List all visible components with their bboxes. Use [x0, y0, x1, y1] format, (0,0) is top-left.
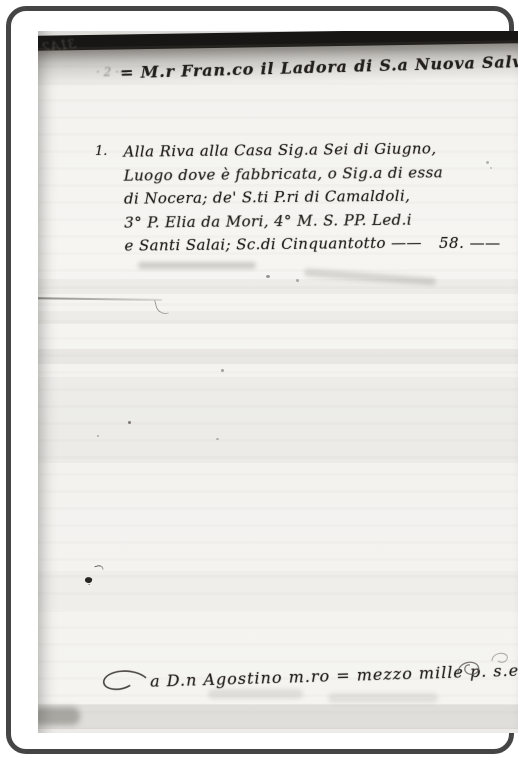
screenshot-root: { "page": { "frame_color": "#454545", "p… — [0, 0, 520, 760]
amount-number: 58 — [439, 234, 459, 252]
signature-ghost-mark — [328, 693, 438, 703]
amount-trailer: . —— — [459, 234, 501, 252]
amount-value: 58. —— — [439, 234, 501, 252]
scan-band — [38, 279, 518, 294]
entry-line: 3° P. Elia da Mori, 4° M. S. PP. Led.i — [124, 210, 444, 237]
scan-band — [38, 571, 518, 609]
ink-speck — [266, 275, 270, 278]
ink-speck — [216, 438, 219, 440]
entry-text-block: Alla Riva alla Casa Sig.a Sei di Giugno,… — [123, 139, 444, 260]
scan-band — [38, 349, 518, 364]
ink-speck — [97, 435, 99, 437]
ink-smear-hook — [154, 298, 169, 316]
signature-flourish-icon — [100, 668, 149, 695]
flourish-swirl-icon — [456, 657, 482, 679]
ink-speck — [490, 167, 492, 169]
header-inscription: = M.r Fran.co il Ladora di S.a Nuova Sal… — [120, 51, 518, 82]
entry-line: di Nocera; de' S.ti P.ri di Camaldoli, — [124, 186, 444, 213]
bleedthrough-mark: 31A2 — [41, 37, 77, 56]
entry-line: e Santi Salai; Sc.di Cinquantotto —— — [124, 233, 444, 260]
ink-speck — [221, 369, 224, 372]
ink-speck — [296, 279, 299, 282]
flourish-swirl-icon — [490, 649, 510, 667]
entry-line: Alla Riva alla Casa Sig.a Sei di Giugno, — [123, 139, 443, 166]
ink-blot — [84, 576, 93, 584]
ink-smear-mark — [38, 297, 162, 301]
ink-speck — [486, 161, 489, 164]
ink-speck — [128, 421, 131, 424]
viewer-frame: 31A2 · 2 ·~ = M.r Fran.co il Ladora di S… — [6, 6, 514, 754]
scan-band — [38, 311, 518, 324]
scan-stripe-artifacts — [38, 31, 518, 733]
scan-band — [38, 377, 518, 463]
entry-number: 1. — [95, 144, 107, 159]
corner-smudge — [38, 707, 80, 725]
ink-blot-curl — [94, 564, 103, 572]
bottom-edge-band — [38, 705, 518, 729]
faded-text-ghost — [304, 268, 436, 285]
entry-line: Luogo dove è fabbricata, o Sig.a di essa — [124, 163, 444, 190]
manuscript-scan-page: 31A2 · 2 ·~ = M.r Fran.co il Ladora di S… — [38, 31, 518, 733]
faded-text-ghost — [138, 262, 256, 269]
top-edge-band — [38, 31, 518, 51]
